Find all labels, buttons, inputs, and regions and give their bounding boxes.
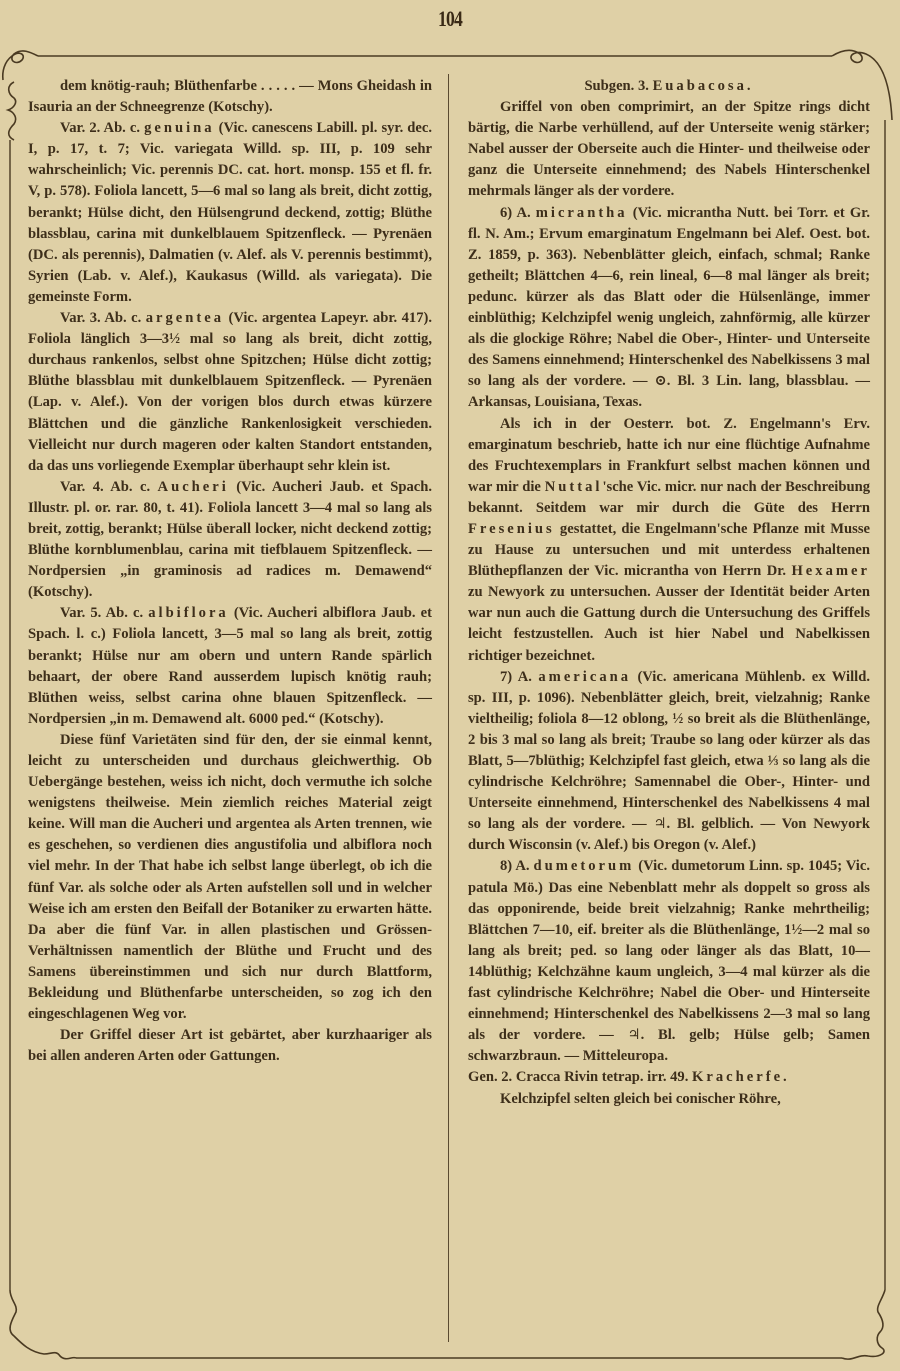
- text-run: Rivin tetrap. irr. 49.: [560, 1069, 692, 1085]
- right-column: Subgen. 3. Euabacosa. Griffel von oben c…: [468, 76, 870, 1110]
- spaced-taxon-name: Fresenius: [468, 521, 555, 537]
- text-run: Var. 5. Ab. c.: [60, 605, 148, 621]
- paragraph: Var. 4. Ab. c. Aucheri (Vic. Aucheri Jau…: [28, 477, 432, 604]
- paragraph: Var. 5. Ab. c. albiflora (Vic. Aucheri a…: [28, 603, 432, 730]
- paragraph: Diese fünf Varietäten sind für den, der …: [28, 730, 432, 1025]
- text-run: zu Newyork zu untersuchen. Ausser der Id…: [468, 584, 870, 663]
- text-run: Diese fünf Varietäten sind für den, der …: [28, 732, 432, 1022]
- spaced-taxon-name: micrantha: [536, 205, 628, 221]
- spaced-taxon-name: Nuttal: [545, 479, 603, 495]
- text-run: Der Griffel dieser Art ist gebärtet, abe…: [28, 1027, 432, 1064]
- text-run: (Vic. dumetorum Linn. sp. 1045; Vic. pat…: [468, 858, 870, 1064]
- spaced-taxon-name: Hexamer: [791, 563, 870, 579]
- paragraph: Var. 3. Ab. c. argentea (Vic. argentea L…: [28, 308, 432, 477]
- text-run: (Vic. canescens Labill. pl. syr. dec. I,…: [28, 120, 432, 305]
- spaced-taxon-name: argentea: [146, 310, 224, 326]
- paragraph: dem knötig-rauh; Blüthenfarbe . . . . . …: [28, 76, 432, 118]
- subgenus-prefix: Subgen. 3.: [584, 78, 652, 94]
- text-run: dem knötig-rauh; Blüthenfarbe . . . . . …: [28, 78, 432, 115]
- paragraph: Var. 2. Ab. c. genuina (Vic. canescens L…: [28, 118, 432, 308]
- text-run: (Vic. americana Mühlenb. ex Willd. sp. I…: [468, 669, 870, 854]
- text-run: (Vic. Aucheri Jaub. et Spach. Illustr. p…: [28, 479, 432, 600]
- spaced-taxon-name: Aucheri: [158, 479, 229, 495]
- text-run: (Vic. micrantha Nutt. bei Torr. et Gr. f…: [468, 205, 870, 411]
- subgenus-heading: Subgen. 3. Euabacosa.: [468, 76, 870, 97]
- text-run: (Vic. Aucheri albiflora Jaub. et Spach. …: [28, 605, 432, 726]
- genus-name: Cracca: [516, 1069, 561, 1085]
- text-run: Var. 3. Ab. c.: [60, 310, 146, 326]
- text-run: 8) A.: [500, 858, 533, 874]
- spaced-taxon-name: dumetorum: [533, 858, 634, 874]
- spaced-taxon-name: Kracherfe.: [692, 1069, 790, 1085]
- text-run: Var. 2. Ab. c.: [60, 120, 144, 136]
- spaced-taxon-name: americana: [538, 669, 631, 685]
- text-run: Var. 4. Ab. c.: [60, 479, 158, 495]
- text-run: 6) A.: [500, 205, 536, 221]
- paragraph: Gen. 2. Cracca Rivin tetrap. irr. 49. Kr…: [468, 1067, 870, 1088]
- left-column: dem knötig-rauh; Blüthenfarbe . . . . . …: [28, 76, 432, 1067]
- paragraph: Griffel von oben comprimirt, an der Spit…: [468, 97, 870, 202]
- column-divider: [448, 74, 449, 1342]
- paragraph: 6) A. micrantha (Vic. micrantha Nutt. be…: [468, 203, 870, 414]
- paragraph: 7) A. americana (Vic. americana Mühlenb.…: [468, 667, 870, 857]
- paragraph: Als ich in der Oesterr. bot. Z. Engelman…: [468, 414, 870, 667]
- text-run: Griffel von oben comprimirt, an der Spit…: [468, 99, 870, 199]
- text-run: (Vic. argentea Lapeyr. abr. 417). Foliol…: [28, 310, 432, 474]
- paragraph: 8) A. dumetorum (Vic. dumetorum Linn. sp…: [468, 856, 870, 1067]
- subgenus-name: Euabacosa.: [653, 78, 754, 94]
- text-run: Gen. 2.: [468, 1069, 516, 1085]
- paragraph: Kelchzipfel selten gleich bei conischer …: [468, 1089, 870, 1110]
- paragraph: Der Griffel dieser Art ist gebärtet, abe…: [28, 1025, 432, 1067]
- spaced-taxon-name: genuina: [144, 120, 214, 136]
- spaced-taxon-name: albiflora: [148, 605, 229, 621]
- text-run: Kelchzipfel selten gleich bei conischer …: [500, 1091, 781, 1107]
- text-run: 7) A.: [500, 669, 538, 685]
